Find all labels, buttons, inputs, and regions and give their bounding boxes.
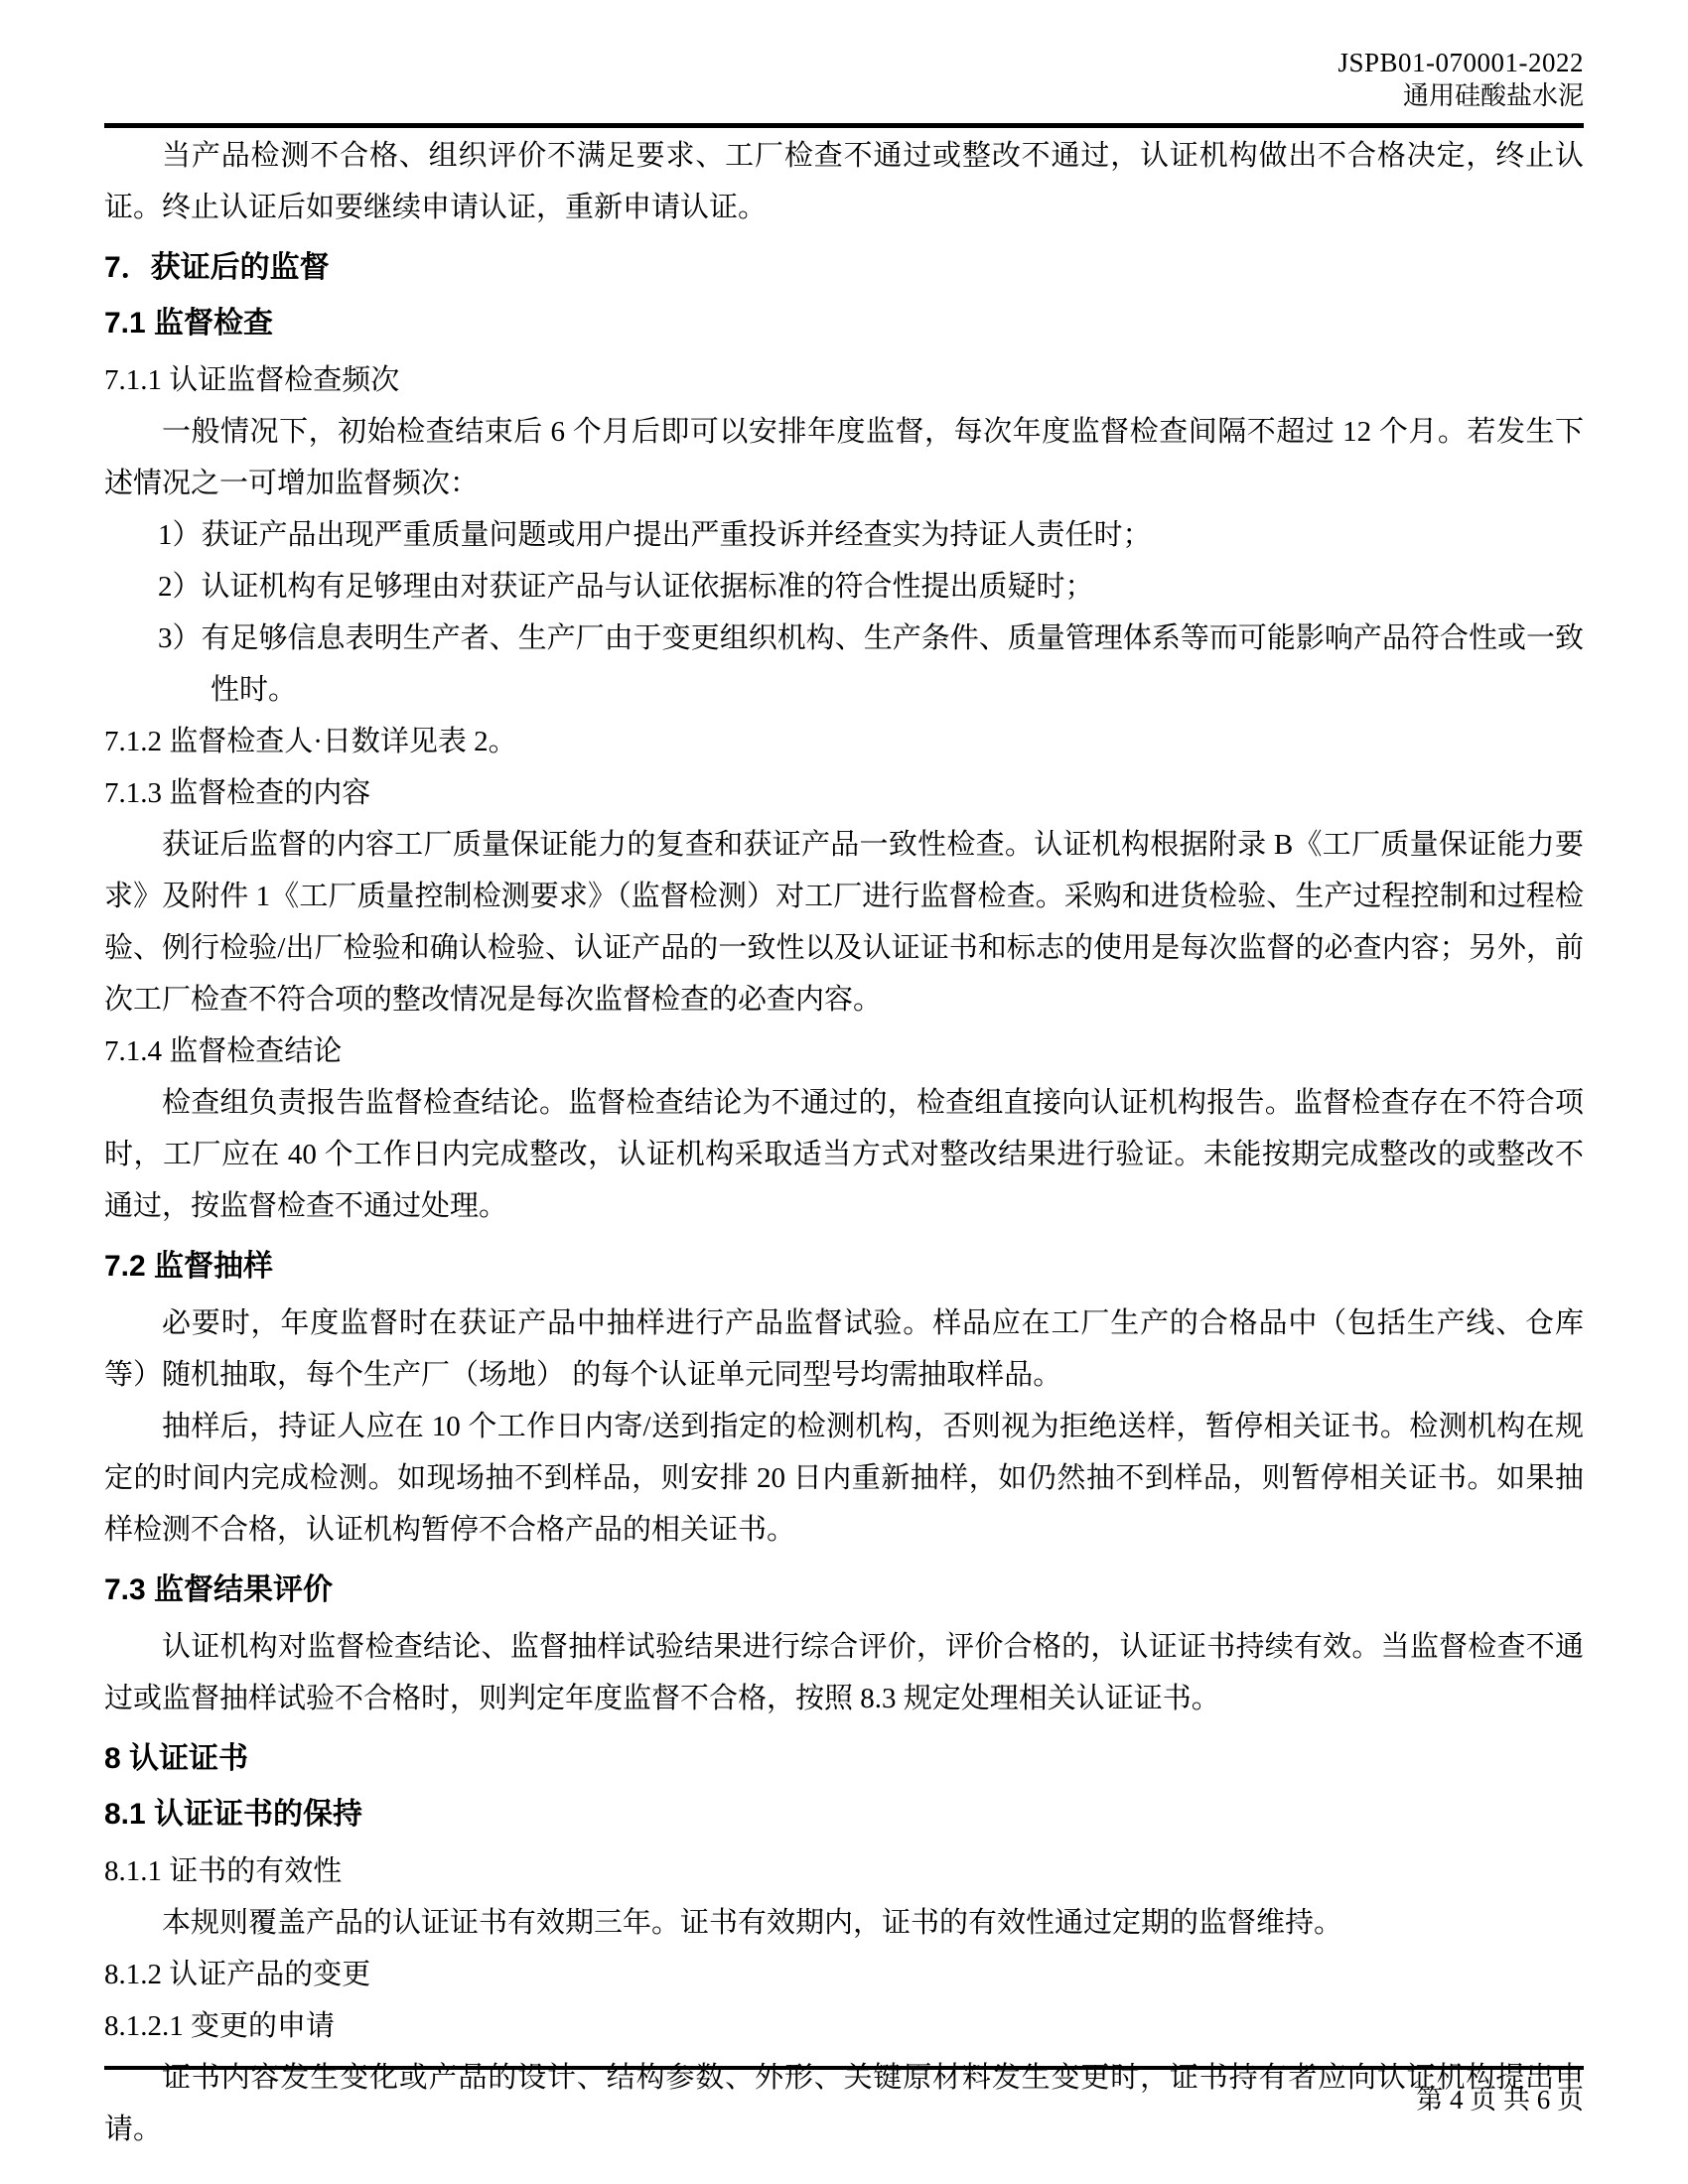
paragraph: 认证机构对监督检查结论、监督抽样试验结果进行综合评价，评价合格的，认证证书持续有…	[104, 1621, 1584, 1724]
clause-heading: 8.1.2 认证产品的变更	[104, 1949, 1584, 2000]
paragraph: 必要时，年度监督时在获证产品中抽样进行产品监督试验。样品应在工厂生产的合格品中（…	[104, 1297, 1584, 1401]
section-heading: 8 认证证书	[104, 1738, 1584, 1780]
document-page: JSPB01-070001-2022 通用硅酸盐水泥 当产品检测不合格、组织评价…	[0, 0, 1688, 2184]
document-product-title: 通用硅酸盐水泥	[104, 79, 1584, 113]
clause-heading: 8.1.1 证书的有效性	[104, 1845, 1584, 1897]
paragraph: 一般情况下，初始检查结束后 6 个月后即可以安排年度监督，每次年度监督检查间隔不…	[104, 406, 1584, 509]
clause-heading: 7.1.2 监督检查人·日数详见表 2。	[104, 716, 1584, 767]
page-footer: 第 4 页 共 6 页	[104, 2066, 1584, 2116]
paragraph: 获证后监督的内容工厂质量保证能力的复查和获证产品一致性检查。认证机构根据附录 B…	[104, 819, 1584, 1025]
section-heading: 7．获证后的监督	[104, 247, 1584, 289]
page-number: 第 4 页 共 6 页	[104, 2070, 1584, 2116]
clause-heading: 8.1.2.1 变更的申请	[104, 2000, 1584, 2052]
subsection-heading: 7.3 监督结果评价	[104, 1570, 1584, 1611]
document-code: JSPB01-070001-2022	[104, 46, 1584, 79]
paragraph: 检查组负责报告监督检查结论。监督检查结论为不通过的，检查组直接向认证机构报告。监…	[104, 1077, 1584, 1232]
clause-heading: 7.1.4 监督检查结论	[104, 1025, 1584, 1077]
paragraph: 抽样后，持证人应在 10 个工作日内寄/送到指定的检测机构，否则视为拒绝送样，暂…	[104, 1401, 1584, 1556]
page-header: JSPB01-070001-2022 通用硅酸盐水泥	[0, 0, 1688, 119]
list-item: 3）有足够信息表明生产者、生产厂由于变更组织机构、生产条件、质量管理体系等而可能…	[104, 613, 1584, 716]
subsection-heading: 7.2 监督抽样	[104, 1246, 1584, 1288]
document-body: 当产品检测不合格、组织评价不满足要求、工厂检查不通过或整改不通过，认证机构做出不…	[0, 128, 1688, 2155]
subsection-heading: 7.1 监督检查	[104, 303, 1584, 344]
paragraph: 当产品检测不合格、组织评价不满足要求、工厂检查不通过或整改不通过，认证机构做出不…	[104, 130, 1584, 233]
list-item: 1）获证产品出现严重质量问题或用户提出严重投诉并经查实为持证人责任时；	[104, 509, 1584, 561]
clause-heading: 7.1.3 监督检查的内容	[104, 767, 1584, 819]
list-item: 2）认证机构有足够理由对获证产品与认证依据标准的符合性提出质疑时；	[104, 561, 1584, 613]
clause-heading: 7.1.1 认证监督检查频次	[104, 354, 1584, 406]
subsection-heading: 8.1 认证证书的保持	[104, 1794, 1584, 1836]
paragraph: 本规则覆盖产品的认证证书有效期三年。证书有效期内，证书的有效性通过定期的监督维持…	[104, 1897, 1584, 1949]
